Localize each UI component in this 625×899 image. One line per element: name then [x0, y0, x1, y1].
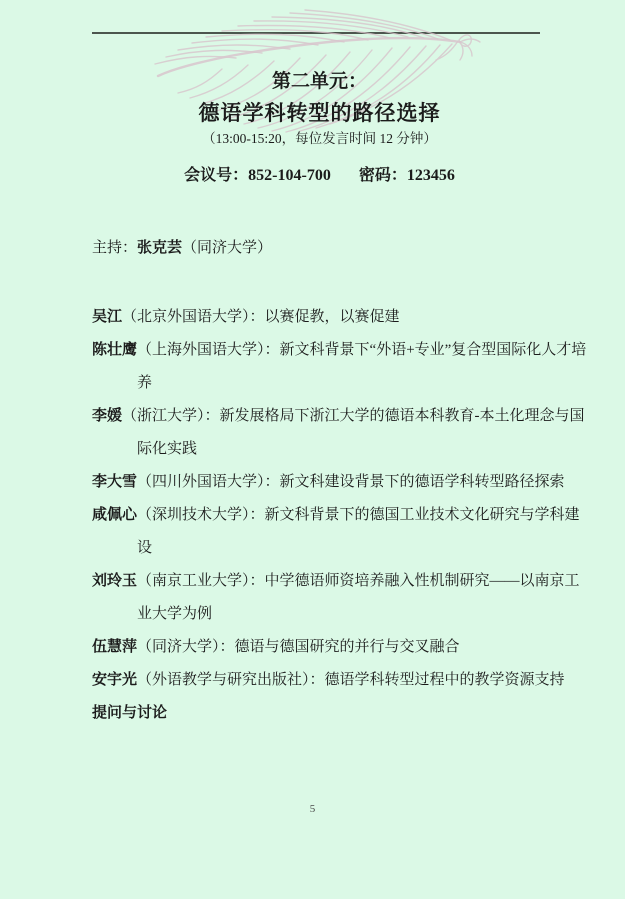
speaker-name: 安宇光 — [92, 672, 137, 688]
session-title: 德语学科转型的路径选择 — [92, 100, 547, 126]
speaker-entry: 李媛（浙江大学）：新发展格局下浙江大学的德语本科教育-本土化理念与国际化实践 — [92, 400, 592, 466]
program-content: 第二单元： 德语学科转型的路径选择 （13:00-15:20，每位发言时间 12… — [92, 0, 547, 730]
speaker-entry: 吴江（北京外国语大学）：以赛促教，以赛促建 — [92, 301, 592, 334]
speaker-topic: 以赛促教，以赛促建 — [265, 309, 400, 325]
speaker-topic: 新文科建设背景下的德语学科转型路径探索 — [280, 474, 565, 490]
speaker-name: 李大雪 — [92, 474, 137, 490]
meeting-info: 会议号：852-104-700密码：123456 — [92, 164, 547, 188]
host-name: 张克芸 — [137, 240, 182, 256]
speaker-name: 伍慧萍 — [92, 639, 137, 655]
speaker-name: 刘玲玉 — [92, 573, 137, 589]
meeting-id-value: 852-104-700 — [248, 167, 331, 184]
speaker-entry: 伍慧萍（同济大学）：德语与德国研究的并行与交叉融合 — [92, 631, 592, 664]
speaker-affiliation: （四川外国语大学）： — [137, 474, 280, 490]
speaker-entry: 刘玲玉（南京工业大学）：中学德语师资培养融入性机制研究——以南京工业大学为例 — [92, 565, 592, 631]
unit-heading: 第二单元： — [92, 71, 547, 93]
host-line: 主持：张克芸（同济大学） — [92, 232, 547, 265]
page-number: 5 — [0, 802, 625, 816]
meeting-password-value: 123456 — [407, 167, 455, 184]
speaker-entry: 李大雪（四川外国语大学）：新文科建设背景下的德语学科转型路径探索 — [92, 466, 592, 499]
speaker-name: 陈壮鹰 — [92, 342, 137, 358]
speaker-name: 吴江 — [92, 309, 122, 325]
qa-session-line: 提问与讨论 — [92, 697, 547, 730]
conference-program-page: { "page": { "page_number": "5" }, "decor… — [0, 0, 625, 899]
speaker-entry: 咸佩心（深圳技术大学）：新文科背景下的德国工业技术文化研究与学科建设 — [92, 499, 592, 565]
speaker-name: 咸佩心 — [92, 507, 137, 523]
speaker-affiliation: （南京工业大学）： — [137, 573, 265, 589]
meeting-id-label: 会议号： — [184, 167, 248, 184]
host-affiliation: （同济大学） — [182, 240, 272, 256]
meeting-password-label: 密码： — [359, 167, 407, 184]
speaker-affiliation: （深圳技术大学）： — [137, 507, 265, 523]
session-schedule: （13:00-15:20，每位发言时间 12 分钟） — [92, 129, 547, 149]
speaker-topic: 德语与德国研究的并行与交叉融合 — [235, 639, 460, 655]
speaker-name: 李媛 — [92, 408, 122, 424]
speaker-entry: 陈壮鹰（上海外国语大学）：新文科背景下“外语+专业”复合型国际化人才培养 — [92, 334, 592, 400]
speaker-list: 吴江（北京外国语大学）：以赛促教，以赛促建 陈壮鹰（上海外国语大学）：新文科背景… — [92, 301, 547, 730]
speaker-affiliation: （外语教学与研究出版社）： — [137, 672, 325, 688]
speaker-affiliation: （同济大学）： — [137, 639, 235, 655]
speaker-affiliation: （北京外国语大学）： — [122, 309, 265, 325]
speaker-affiliation: （浙江大学）： — [122, 408, 220, 424]
speaker-topic: 德语学科转型过程中的教学资源支持 — [325, 672, 565, 688]
speaker-entry: 安宇光（外语教学与研究出版社）：德语学科转型过程中的教学资源支持 — [92, 664, 592, 697]
host-label: 主持： — [92, 240, 137, 256]
speaker-affiliation: （上海外国语大学）： — [137, 342, 280, 358]
